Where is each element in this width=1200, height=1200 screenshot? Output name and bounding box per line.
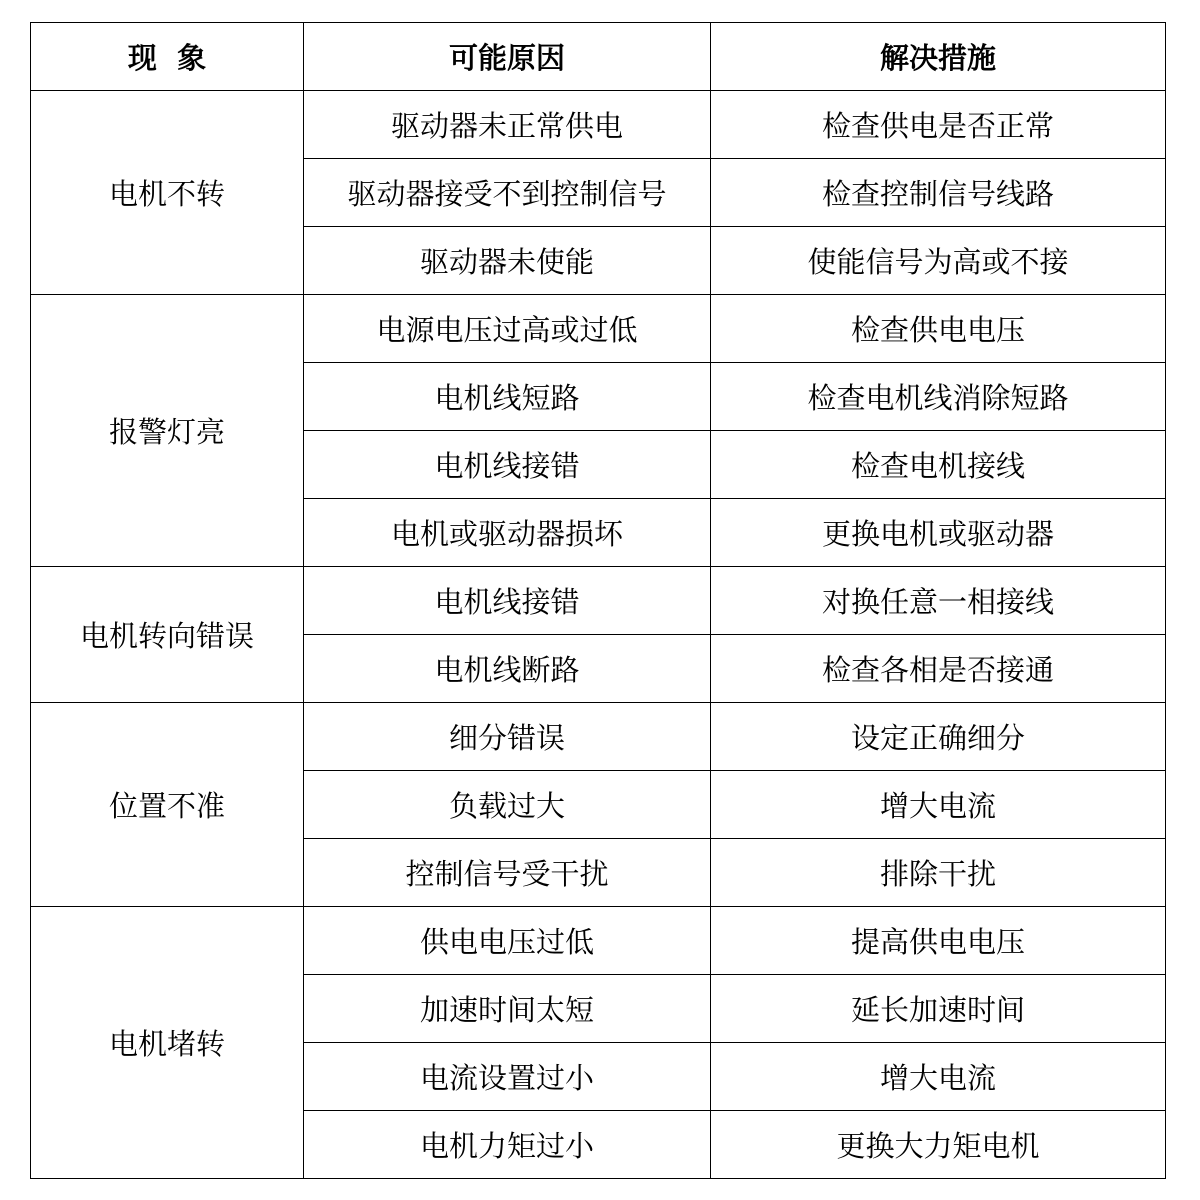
solution-cell: 提高供电电压 <box>711 907 1166 975</box>
solution-cell: 设定正确细分 <box>711 703 1166 771</box>
cause-cell: 电机线接错 <box>304 567 711 635</box>
cause-cell: 供电电压过低 <box>304 907 711 975</box>
cause-cell: 驱动器接受不到控制信号 <box>304 159 711 227</box>
solution-cell: 排除干扰 <box>711 839 1166 907</box>
solution-cell: 检查供电电压 <box>711 295 1166 363</box>
solution-cell: 增大电流 <box>711 1043 1166 1111</box>
cause-cell: 加速时间太短 <box>304 975 711 1043</box>
cause-cell: 电流设置过小 <box>304 1043 711 1111</box>
cause-cell: 电机力矩过小 <box>304 1111 711 1179</box>
cause-cell: 电源电压过高或过低 <box>304 295 711 363</box>
solution-cell: 检查供电是否正常 <box>711 91 1166 159</box>
header-row: 现 象 可能原因 解决措施 <box>31 23 1166 91</box>
header-symptom: 现 象 <box>31 23 304 91</box>
solution-cell: 更换大力矩电机 <box>711 1111 1166 1179</box>
cause-cell: 电机或驱动器损坏 <box>304 499 711 567</box>
cause-cell: 驱动器未正常供电 <box>304 91 711 159</box>
header-cause: 可能原因 <box>304 23 711 91</box>
solution-cell: 更换电机或驱动器 <box>711 499 1166 567</box>
cause-cell: 电机线短路 <box>304 363 711 431</box>
symptom-cell: 电机转向错误 <box>31 567 304 703</box>
solution-cell: 使能信号为高或不接 <box>711 227 1166 295</box>
cause-cell: 细分错误 <box>304 703 711 771</box>
symptom-cell: 电机堵转 <box>31 907 304 1179</box>
table-row: 位置不准 细分错误 设定正确细分 <box>31 703 1166 771</box>
cause-cell: 驱动器未使能 <box>304 227 711 295</box>
solution-cell: 延长加速时间 <box>711 975 1166 1043</box>
table-row: 报警灯亮 电源电压过高或过低 检查供电电压 <box>31 295 1166 363</box>
cause-cell: 电机线断路 <box>304 635 711 703</box>
header-solution: 解决措施 <box>711 23 1166 91</box>
troubleshooting-table: 现 象 可能原因 解决措施 电机不转 驱动器未正常供电 检查供电是否正常 驱动器… <box>30 22 1166 1179</box>
table-row: 电机转向错误 电机线接错 对换任意一相接线 <box>31 567 1166 635</box>
symptom-cell: 位置不准 <box>31 703 304 907</box>
solution-cell: 检查控制信号线路 <box>711 159 1166 227</box>
table-row: 电机不转 驱动器未正常供电 检查供电是否正常 <box>31 91 1166 159</box>
solution-cell: 检查电机线消除短路 <box>711 363 1166 431</box>
cause-cell: 控制信号受干扰 <box>304 839 711 907</box>
symptom-cell: 报警灯亮 <box>31 295 304 567</box>
solution-cell: 增大电流 <box>711 771 1166 839</box>
table-row: 电机堵转 供电电压过低 提高供电电压 <box>31 907 1166 975</box>
cause-cell: 电机线接错 <box>304 431 711 499</box>
solution-cell: 检查各相是否接通 <box>711 635 1166 703</box>
symptom-cell: 电机不转 <box>31 91 304 295</box>
solution-cell: 检查电机接线 <box>711 431 1166 499</box>
solution-cell: 对换任意一相接线 <box>711 567 1166 635</box>
cause-cell: 负载过大 <box>304 771 711 839</box>
